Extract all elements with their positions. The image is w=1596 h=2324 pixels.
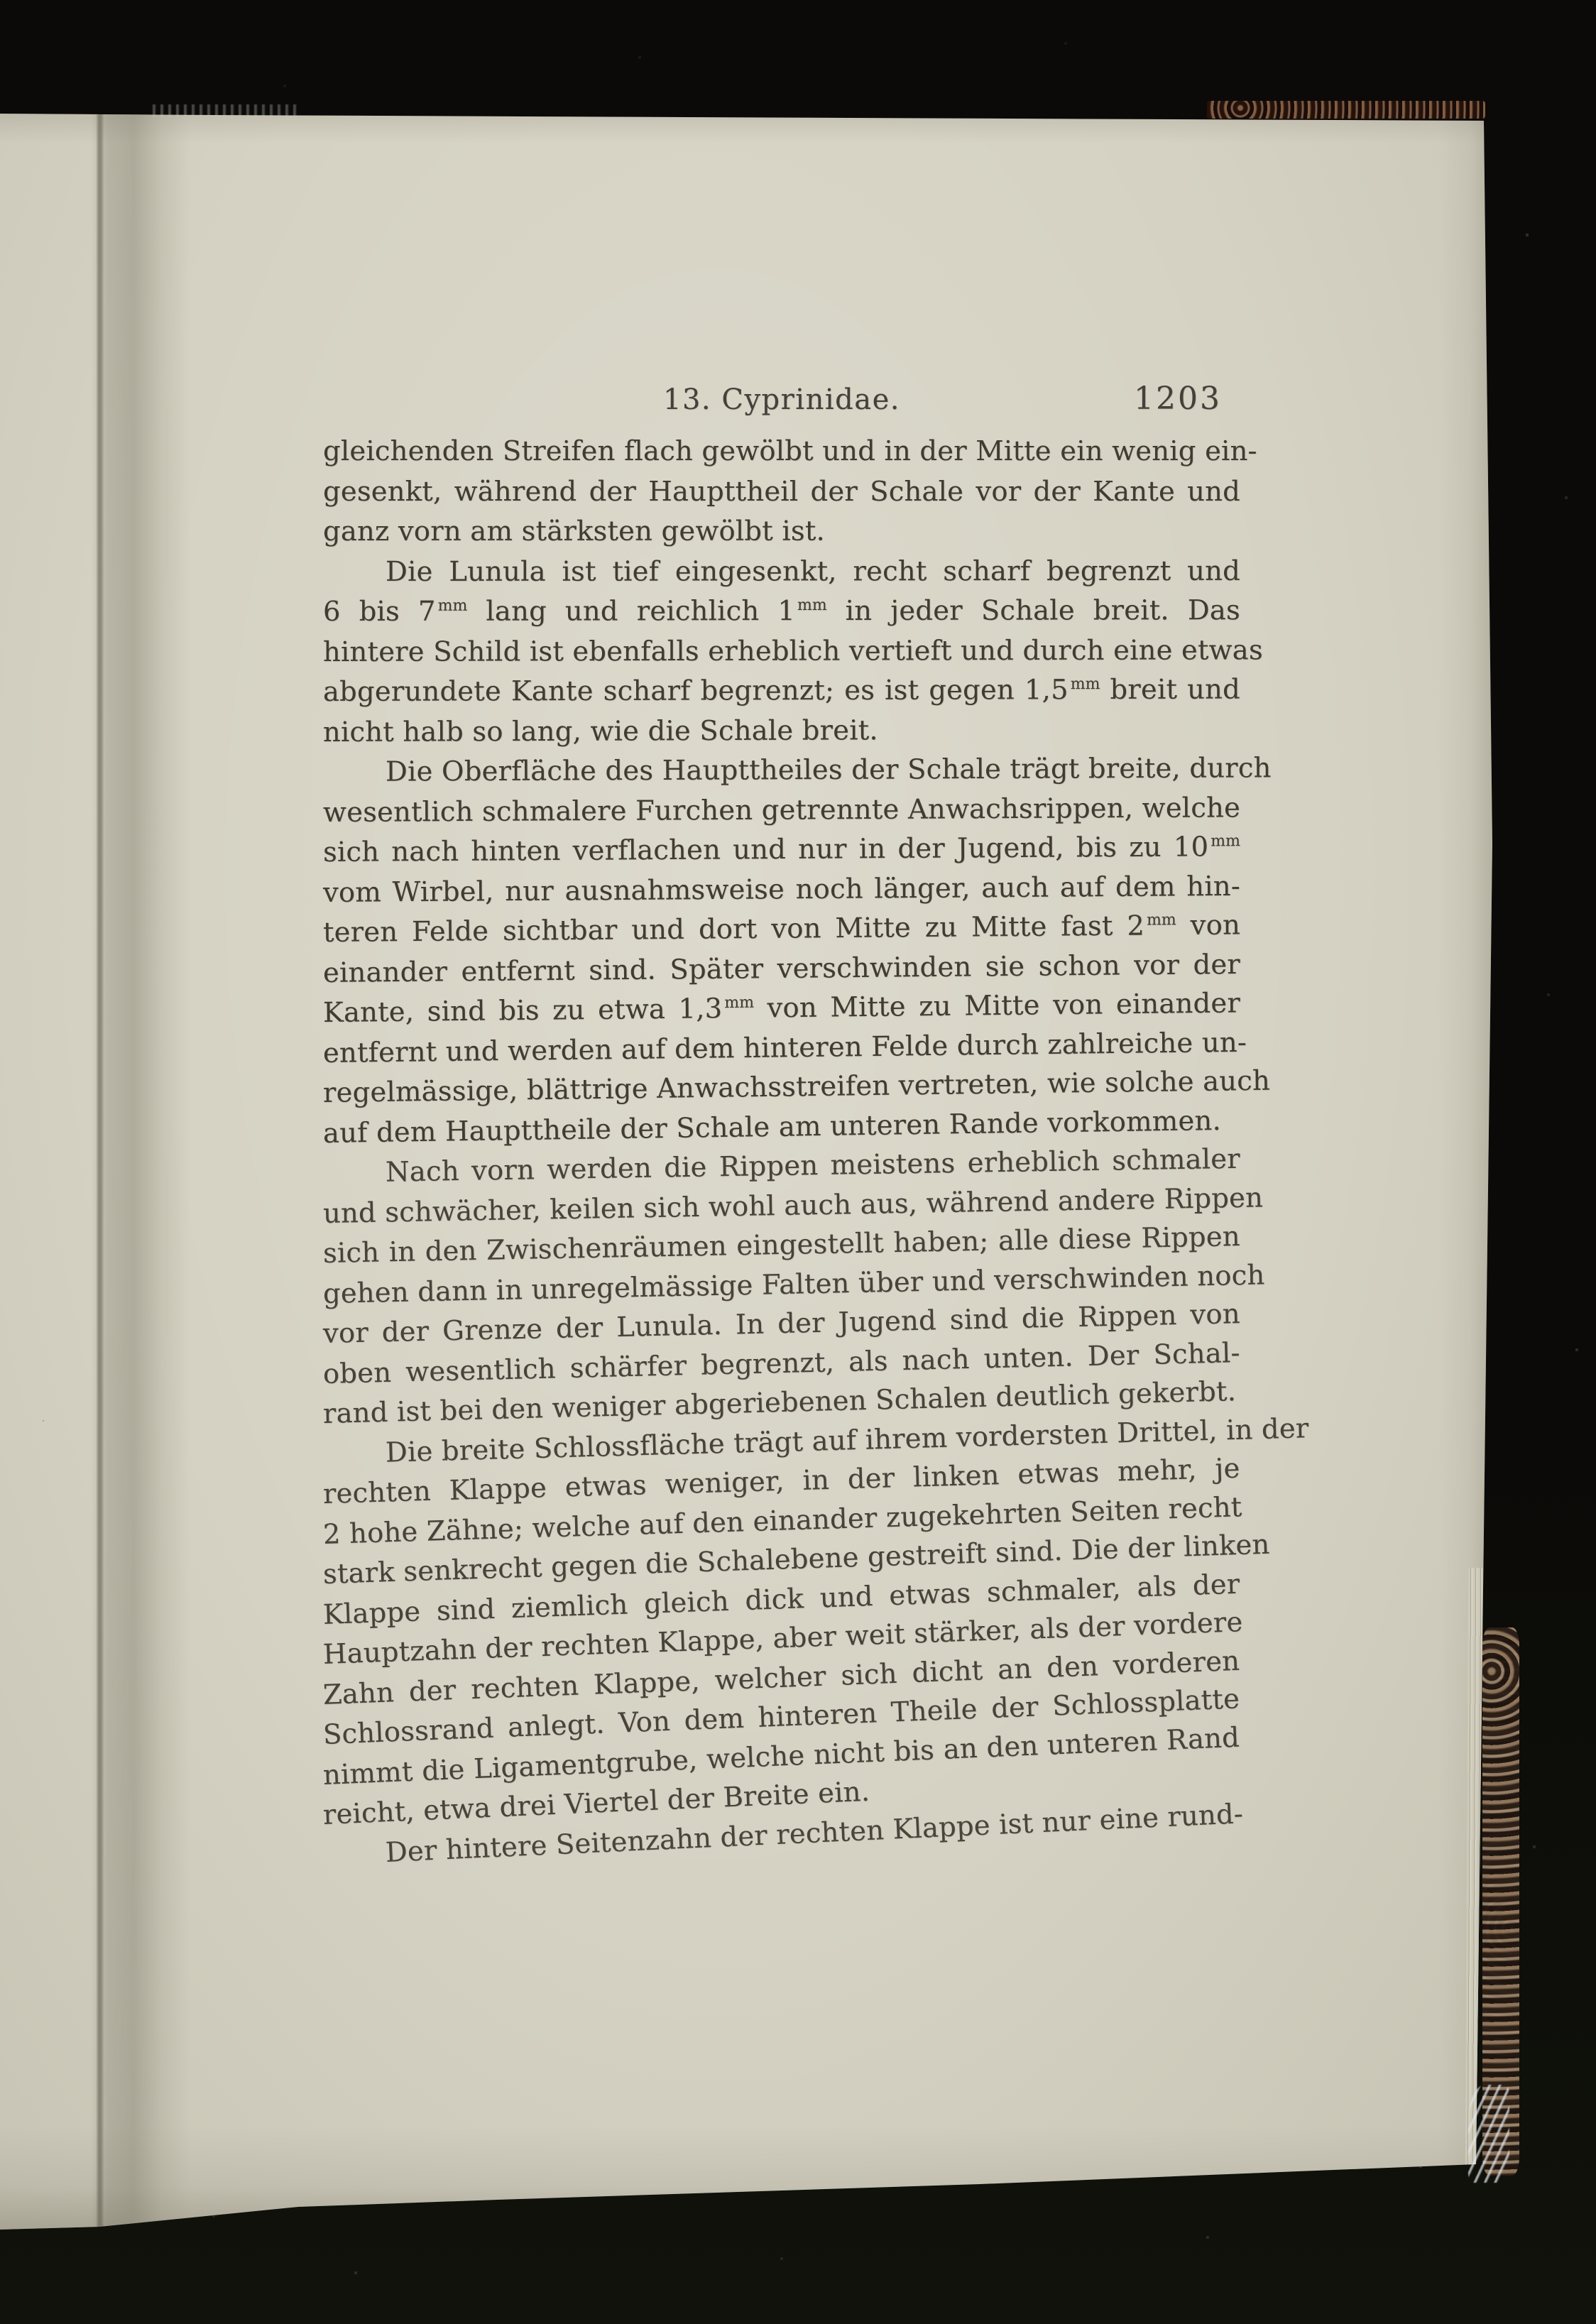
paragraph: gleichenden Streifen flach gewölbt und i… <box>323 432 1240 552</box>
page-text: gleichenden Streifen flach gewölbt und i… <box>323 432 1240 1876</box>
page-edge-fibers <box>153 104 298 117</box>
text-line: gesenkt, während der Haupttheil der Scha… <box>323 471 1240 512</box>
scanned-book-photo: 13. Cyprinidae. 1203 gleichenden Streife… <box>0 0 1596 2324</box>
text-line: hintere Schild ist ebenfalls erheblich v… <box>323 631 1240 672</box>
superscript-mm: mm <box>797 596 827 614</box>
text-line: Die Lunula ist tief eingesenkt, recht sc… <box>323 551 1240 592</box>
text-line: abgerundete Kante scharf begrenzt; es is… <box>323 670 1240 713</box>
text-line: Die Oberfläche des Haupttheiles der Scha… <box>323 748 1240 792</box>
page-header: 13. Cyprinidae. 1203 <box>323 383 1240 426</box>
paragraph: Der hintere Seitenzahn der rechten Klapp… <box>323 1836 1240 1877</box>
dust-speckles <box>0 0 1 1</box>
superscript-mm: mm <box>1210 832 1240 850</box>
text-line: nicht halb so lang, wie die Schale breit… <box>323 709 1240 753</box>
paragraph: Die Lunula ist tief eingesenkt, recht sc… <box>323 552 1240 753</box>
text-line: wesentlich schmalere Furchen getrennte A… <box>323 788 1240 833</box>
text-line: sich nach hinten verflachen und nur in d… <box>323 827 1240 873</box>
text-line: ganz vorn am stärksten gewölbt ist. <box>323 511 1240 552</box>
text-line: 6 bis 7mm lang und reichlich 1mm in jede… <box>323 591 1240 632</box>
paragraph: Die Oberfläche des Haupttheiles der Scha… <box>323 753 1240 1154</box>
superscript-mm: mm <box>724 994 754 1012</box>
paragraph: Die breite Schlossfläche trägt auf ihrem… <box>323 1435 1240 1836</box>
paragraph: Nach vorn werden die Rippen meistens erh… <box>323 1154 1240 1435</box>
superscript-mm: mm <box>1071 675 1100 693</box>
book-page: 13. Cyprinidae. 1203 gleichenden Streife… <box>0 105 1494 2232</box>
page-number: 1203 <box>1134 381 1222 417</box>
top-edge-marbling <box>1207 101 1485 119</box>
running-title: 13. Cyprinidae. <box>323 383 1240 416</box>
text-line: gleichenden Streifen flach gewölbt und i… <box>323 432 1240 472</box>
fore-edge-highlight <box>1468 2085 1509 2183</box>
superscript-mm: mm <box>438 597 468 615</box>
superscript-mm: mm <box>1147 911 1176 929</box>
